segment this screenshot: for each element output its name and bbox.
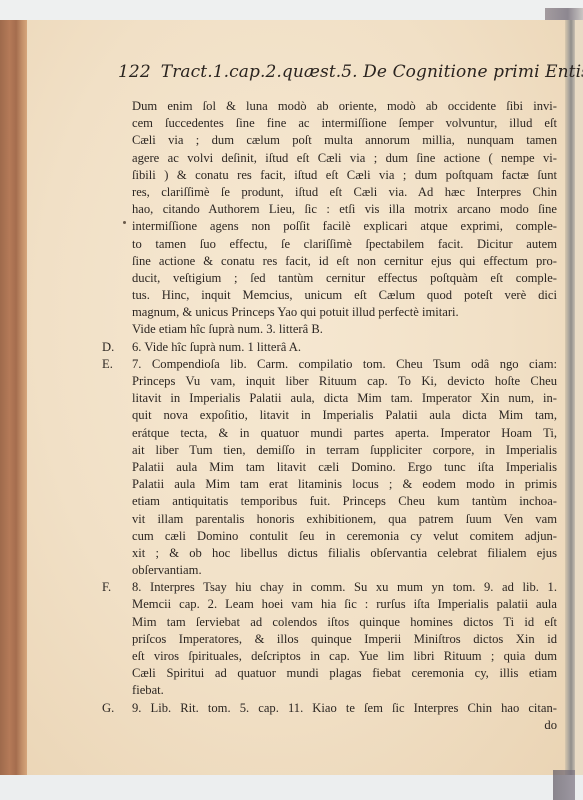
text-line: hao, citando Authorem Lieu, ſic : etſi v… — [132, 201, 557, 218]
note-number: 9. — [132, 701, 141, 715]
text-line: magnum, & unicus Princeps Yao qui potuit… — [132, 304, 557, 321]
note-g: G. 9. Lib. Rit. tom. 5. cap. 11. Kiao te… — [132, 700, 557, 734]
note-text: Vide hîc ſuprà num. 1 litterâ A. — [144, 340, 301, 354]
note-f: F. 8. Interpres Tsay hiu chay in comm. S… — [132, 579, 557, 699]
text-line: Palatii aula Mim tam erat litaminis locu… — [132, 476, 557, 493]
book-cover-edge — [0, 20, 27, 775]
text-line: litavit in Imperialis Palatii aula, dict… — [132, 390, 557, 407]
text-line: erátque tecta, & in quatuor mundi partes… — [132, 425, 557, 442]
note-text: Compendioſa lib. Carm. compilatio tom. C… — [152, 357, 557, 371]
text-line: Memcii cap. 2. Leam hoei vam hia ſic : r… — [132, 596, 557, 613]
running-head: 122Tract.1.cap.2.quæst.5. De Cognitione … — [118, 62, 558, 82]
margin-mark — [123, 221, 126, 224]
text-line: res, clariſſimè ſe produnt, iſtud eſt Cæ… — [132, 184, 557, 201]
text-line: Mim tam ſerviebat ad colendos iſtos quin… — [132, 614, 557, 631]
scan-top-margin — [0, 0, 583, 20]
note-letter: E. — [102, 356, 113, 373]
catchword: do — [132, 717, 557, 734]
text-line: 8. Interpres Tsay hiu chay in comm. Su x… — [132, 579, 557, 596]
page-gutter-shadow — [565, 20, 575, 790]
text-line: 9. Lib. Rit. tom. 5. cap. 11. Kiao te ſe… — [132, 700, 557, 717]
text-line: cem ſuccedentes ſine fine ac intermiſſio… — [132, 115, 557, 132]
text-line: agere ac volvi deſinit, iſtud eſt Cæli v… — [132, 150, 557, 167]
text-line: fiebat. — [132, 682, 557, 699]
text-line: ait liber Tum tien, demiſſo in terram ſu… — [132, 442, 557, 459]
text-line: priſcos Imperatores, & illos quinque Imp… — [132, 631, 557, 648]
text-line: ſibili ) & conatu res facit, iſtud eſt C… — [132, 167, 557, 184]
paragraph-intro: Dum enim ſol & luna modò ab oriente, mod… — [132, 98, 557, 339]
note-e: E. 7. Compendioſa lib. Carm. compilatio … — [132, 356, 557, 579]
text-line: xit ; & ob hoc libellus dictus filialis … — [132, 545, 557, 562]
text-line: Palatii aula Mim tam litavit cæli Domino… — [132, 459, 557, 476]
text-line: Dum enim ſol & luna modò ab oriente, mod… — [132, 98, 557, 115]
page-body: Dum enim ſol & luna modò ab oriente, mod… — [132, 98, 557, 734]
text-line: tus. Hinc, inquit Memcius, unicum eſt Cæ… — [132, 287, 557, 304]
text-line: Princeps Vu vam, inquit liber Rituum cap… — [132, 373, 557, 390]
text-line: etiam antiquitatis temporibus fuit. Prin… — [132, 493, 557, 510]
note-letter: F. — [102, 579, 111, 596]
text-line: vit illam parentalis honoris exhibitione… — [132, 511, 557, 528]
text-line: obſervantiam. — [132, 562, 557, 579]
page-number: 122 — [118, 62, 151, 82]
text-line: cum cæli Domino contulit ſeu in ceremoni… — [132, 528, 557, 545]
text-line: Vide etiam hîc ſuprà num. 3. litterâ B. — [132, 321, 557, 338]
text-line: intermiſſione agens non poſſit facilè ex… — [132, 218, 557, 235]
note-number: 8. — [132, 580, 141, 594]
note-d: D. 6. Vide hîc ſuprà num. 1 litterâ A. — [132, 339, 557, 356]
text-line: eſt viros ſpirituales, deſcriptos in cap… — [132, 648, 557, 665]
note-letter: G. — [102, 700, 114, 717]
text-line: 7. Compendioſa lib. Carm. compilatio tom… — [132, 356, 557, 373]
scan-bottom-margin — [0, 775, 583, 800]
text-line: ſine actione & conatu res facit, id eſt … — [132, 253, 557, 270]
adjacent-page-edge — [575, 20, 583, 775]
note-letter: D. — [102, 339, 114, 356]
note-number: 7. — [132, 357, 141, 371]
note-text: Interpres Tsay hiu chay in comm. Su xu m… — [150, 580, 557, 594]
text-line: 6. Vide hîc ſuprà num. 1 litterâ A. — [132, 339, 557, 356]
text-line: Cæli Spiritui ad quatuor mundi plagas fi… — [132, 665, 557, 682]
text-line: quit nova expoſitio, litavit in Imperial… — [132, 407, 557, 424]
text-line: to tamen ſuo effectu, ſe clariſſimè ſpec… — [132, 236, 557, 253]
note-text: Lib. Rit. tom. 5. cap. 11. Kiao te ſem ſ… — [151, 701, 557, 715]
text-line: Cæli via ; dum cælum poſt multa annorum … — [132, 132, 557, 149]
text-line: ducit, veſtigium ; ſed tantùm cernitur e… — [132, 270, 557, 287]
scan-artifact-bottom — [553, 770, 575, 800]
running-head-title: Tract.1.cap.2.quæst.5. De Cognitione pri… — [161, 62, 583, 82]
note-number: 6. — [132, 340, 141, 354]
